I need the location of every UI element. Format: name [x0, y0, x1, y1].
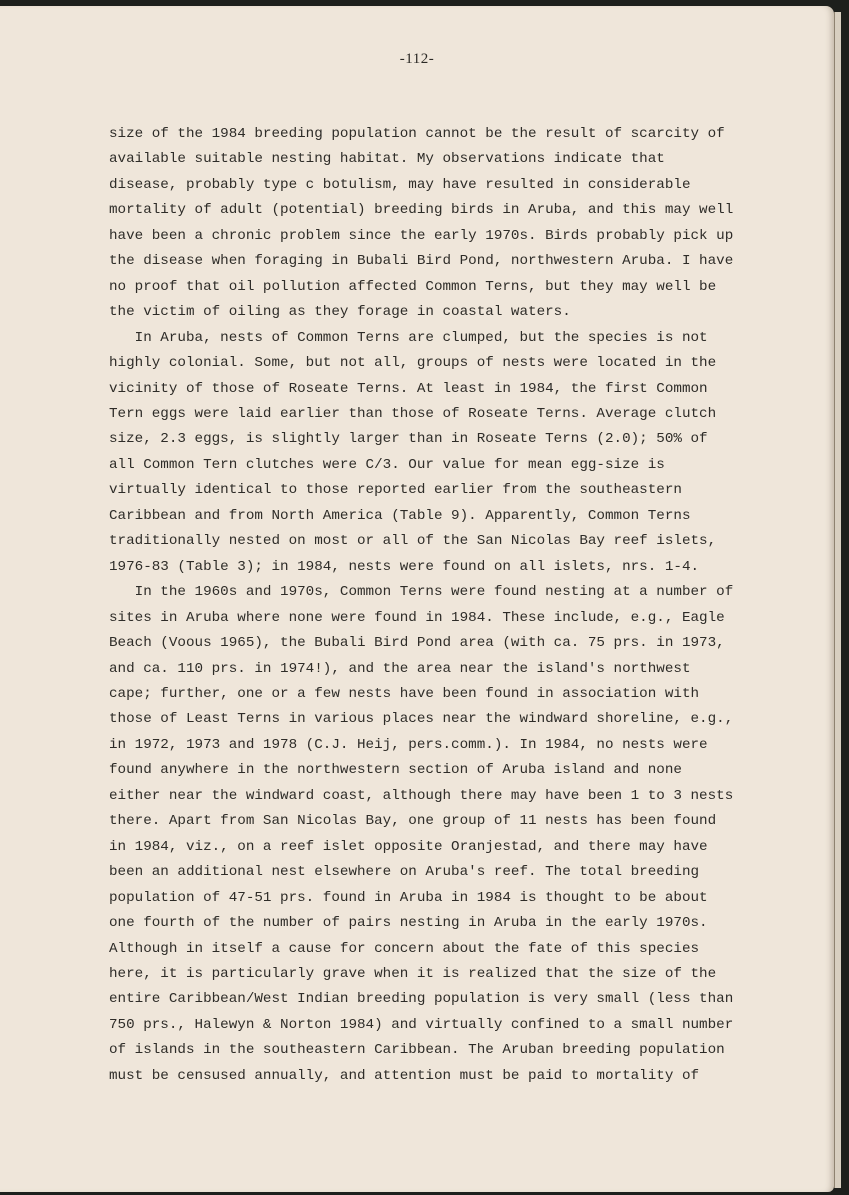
- text-line: of islands in the southeastern Caribbean…: [109, 1038, 733, 1063]
- page-edge: [834, 12, 841, 1188]
- page-number: -112-: [0, 51, 834, 68]
- text-line: population of 47-51 prs. found in Aruba …: [109, 886, 733, 911]
- text-line: been an additional nest elsewhere on Aru…: [109, 860, 733, 885]
- text-line: have been a chronic problem since the ea…: [109, 224, 733, 249]
- document-page: -112- size of the 1984 breeding populati…: [0, 6, 834, 1192]
- text-line: Although in itself a cause for concern a…: [109, 937, 733, 962]
- text-line: Tern eggs were laid earlier than those o…: [109, 402, 733, 427]
- text-line: and ca. 110 prs. in 1974!), and the area…: [109, 657, 733, 682]
- text-line: In the 1960s and 1970s, Common Terns wer…: [109, 580, 733, 605]
- text-line: virtually identical to those reported ea…: [109, 478, 733, 503]
- text-line: In Aruba, nests of Common Terns are clum…: [109, 326, 733, 351]
- text-line: available suitable nesting habitat. My o…: [109, 147, 733, 172]
- text-line: one fourth of the number of pairs nestin…: [109, 911, 733, 936]
- text-line: all Common Tern clutches were C/3. Our v…: [109, 453, 733, 478]
- text-line: vicinity of those of Roseate Terns. At l…: [109, 377, 733, 402]
- text-line: sites in Aruba where none were found in …: [109, 606, 733, 631]
- text-line: must be censused annually, and attention…: [109, 1064, 733, 1089]
- text-line: no proof that oil pollution affected Com…: [109, 275, 733, 300]
- text-line: 1976-83 (Table 3); in 1984, nests were f…: [109, 555, 733, 580]
- text-line: those of Least Terns in various places n…: [109, 707, 733, 732]
- body-text: size of the 1984 breeding population can…: [109, 122, 733, 1089]
- text-line: entire Caribbean/West Indian breeding po…: [109, 987, 733, 1012]
- text-line: either near the windward coast, although…: [109, 784, 733, 809]
- text-line: found anywhere in the northwestern secti…: [109, 758, 733, 783]
- text-line: 750 prs., Halewyn & Norton 1984) and vir…: [109, 1013, 733, 1038]
- text-line: Beach (Voous 1965), the Bubali Bird Pond…: [109, 631, 733, 656]
- text-line: traditionally nested on most or all of t…: [109, 529, 733, 554]
- text-line: in 1984, viz., on a reef islet opposite …: [109, 835, 733, 860]
- text-line: disease, probably type c botulism, may h…: [109, 173, 733, 198]
- text-line: there. Apart from San Nicolas Bay, one g…: [109, 809, 733, 834]
- text-line: cape; further, one or a few nests have b…: [109, 682, 733, 707]
- text-line: the disease when foraging in Bubali Bird…: [109, 249, 733, 274]
- text-line: size, 2.3 eggs, is slightly larger than …: [109, 427, 733, 452]
- text-line: the victim of oiling as they forage in c…: [109, 300, 733, 325]
- text-line: highly colonial. Some, but not all, grou…: [109, 351, 733, 376]
- text-line: size of the 1984 breeding population can…: [109, 122, 733, 147]
- text-line: mortality of adult (potential) breeding …: [109, 198, 733, 223]
- text-line: Caribbean and from North America (Table …: [109, 504, 733, 529]
- text-line: here, it is particularly grave when it i…: [109, 962, 733, 987]
- text-line: in 1972, 1973 and 1978 (C.J. Heij, pers.…: [109, 733, 733, 758]
